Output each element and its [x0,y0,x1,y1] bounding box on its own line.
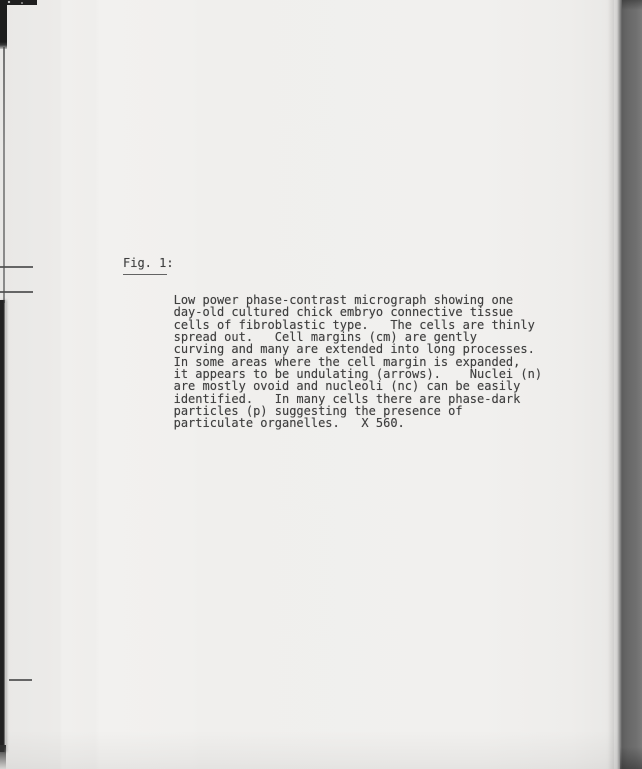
scanner-edge-corner-block [0,0,7,49]
figure-label-underline [123,274,167,275]
figure-label: Fig. 1: [123,257,174,269]
margin-rule-line-middle [0,291,33,293]
caption-line: day-old cultured chick embryo connective… [174,306,542,318]
caption-line: particulate organelles. X 560. [174,417,542,429]
caption-line: are mostly ovoid and nucleoli (nc) can b… [174,380,542,392]
page-curl-shadow [608,0,642,769]
caption-line: curving and many are extended into long … [174,343,542,355]
scanned-page: Fig. 1: Low power phase-contrast microgr… [0,0,642,769]
figure-caption-text: Low power phase-contrast micrograph show… [174,257,542,430]
page-curl-shadow-top [622,0,642,10]
scanner-edge-left-strip-fade [0,745,6,769]
figure-caption: Fig. 1: Low power phase-contrast microgr… [123,257,542,430]
margin-rule-line-bottom [9,679,32,681]
figure-label-colon: : [166,256,173,270]
figure-label-text: Fig. 1 [123,256,166,270]
page-edge-thin-line [3,47,5,303]
page-curl-shadow-bottom [620,747,642,769]
scanner-edge-left-strip [0,300,6,752]
margin-rule-line-top [0,266,33,268]
